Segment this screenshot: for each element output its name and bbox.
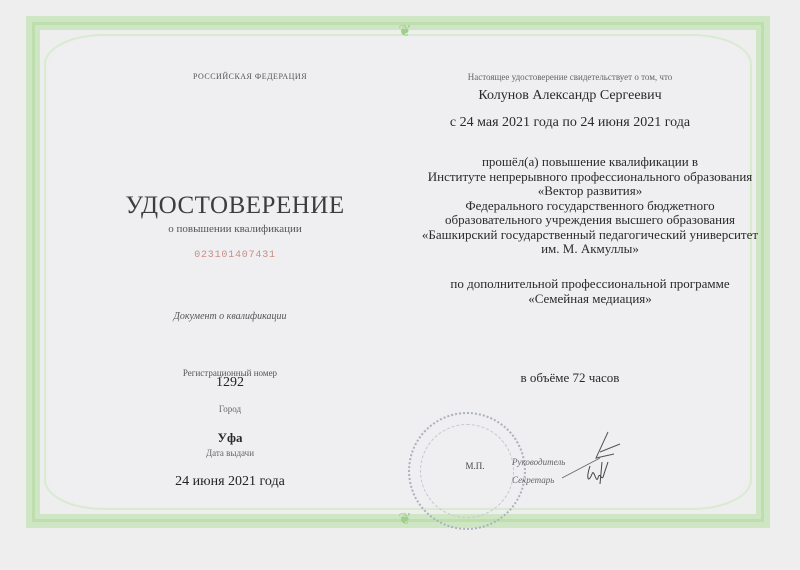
ornament-icon: ❦ [395,24,415,40]
body-line: «Вектор развития» [400,184,780,199]
training-period: с 24 мая 2021 года по 24 июня 2021 года [420,115,720,131]
ornament-icon: ❦ [395,512,415,528]
document-type: Документ о квалификации [130,311,330,322]
hours-volume: в объёме 72 часов [420,370,720,386]
holder-name: Колунов Александр Сергеевич [420,88,720,104]
registration-number: 1292 [130,375,330,391]
institution-block: прошёл(а) повышение квалификации в Инсти… [400,155,780,257]
issue-date-label: Дата выдачи [140,448,320,458]
program-block: по дополнительной профессиональной прогр… [400,277,780,306]
issue-date: 24 июня 2021 года [140,474,320,490]
seal-label: М.П. [455,461,495,471]
country-label: РОССИЙСКАЯ ФЕДЕРАЦИЯ [110,72,390,81]
body-line: прошёл(а) повышение квалификации в [400,155,780,170]
body-line: Институте непрерывного профессионального… [400,170,780,185]
intro-text: Настоящее удостоверение свидетельствует … [420,72,720,82]
certificate-sheet: ❦ ❦ РОССИЙСКАЯ ФЕДЕРАЦИЯ УДОСТОВЕРЕНИЕ о… [0,0,800,570]
body-line: Федерального государственного бюджетного [400,199,780,214]
city-label: Город [140,404,320,414]
body-line: «Башкирский государственный педагогическ… [400,228,780,243]
body-line: им. М. Акмуллы» [400,242,780,257]
program-name: «Семейная медиация» [400,292,780,307]
document-title: УДОСТОВЕРЕНИЕ [100,192,370,220]
document-subtitle: о повышении квалификации [100,223,370,235]
city-value: Уфа [140,430,320,446]
body-line: образовательного учреждения высшего обра… [400,213,780,228]
stamp-seal-inner [420,424,514,518]
program-line: по дополнительной профессиональной прогр… [400,277,780,292]
serial-number: 023101407431 [100,250,370,261]
signature-icon [560,428,630,488]
